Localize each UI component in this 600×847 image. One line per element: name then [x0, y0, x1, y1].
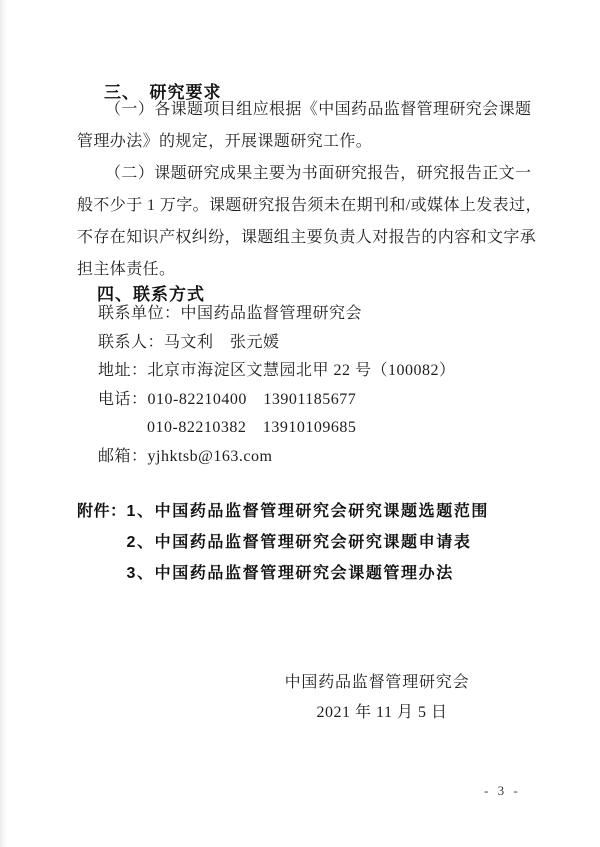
contact-phone-line-2: 010-82210382 13910109685 [98, 414, 528, 443]
body-line: 管理办法》的规定，开展课题研究工作。 [77, 126, 527, 158]
signature-organization: 中国药品监督管理研究会 [283, 668, 471, 698]
page-number: - 3 - [484, 783, 521, 799]
attachments-block: 附件： 1、中国药品监督管理研究会研究课题选题范围 2、中国药品监督管理研究会研… [77, 496, 527, 589]
body-line: （一）各课题项目组应根据《中国药品监督管理研究会课题 [77, 94, 527, 126]
body-line: 不存在知识产权纠纷，课题组主要负责人对报告的内容和文字承 [77, 222, 527, 254]
attachments-label: 附件： [77, 496, 127, 589]
body-line: 般不少于 1 万字。课题研究报告须未在期刊和/或媒体上发表过， [77, 190, 527, 222]
document-page: 三、 研究要求 （一）各课题项目组应根据《中国药品监督管理研究会课题 管理办法》… [0, 0, 600, 847]
contact-info-block: 联系单位：中国药品监督管理研究会 联系人：马文利 张元媛 地址：北京市海淀区文慧… [98, 300, 528, 471]
contact-phone-line-1: 电话：010-82210400 13901185677 [98, 386, 528, 415]
contact-org-line: 联系单位：中国药品监督管理研究会 [98, 300, 528, 329]
attachment-item: 1、中国药品监督管理研究会研究课题选题范围 [127, 496, 490, 527]
attachment-item: 3、中国药品监督管理研究会课题管理办法 [127, 558, 490, 589]
attachment-item: 2、中国药品监督管理研究会研究课题申请表 [127, 527, 490, 558]
paragraph-1: （一）各课题项目组应根据《中国药品监督管理研究会课题 管理办法》的规定，开展课题… [77, 94, 527, 158]
signature-date: 2021 年 11 月 5 日 [283, 698, 471, 728]
contact-email-line: 邮箱：yjhktsb@163.com [98, 443, 528, 472]
contact-person-line: 联系人：马文利 张元媛 [98, 329, 528, 358]
attachments-list: 1、中国药品监督管理研究会研究课题选题范围 2、中国药品监督管理研究会研究课题申… [127, 496, 490, 589]
body-line: （二）课题研究成果主要为书面研究报告，研究报告正文一 [77, 158, 527, 190]
paragraph-2: （二）课题研究成果主要为书面研究报告，研究报告正文一 般不少于 1 万字。课题研… [77, 158, 527, 286]
contact-address-line: 地址：北京市海淀区文慧园北甲 22 号（100082） [98, 357, 528, 386]
signature-block: 中国药品监督管理研究会 2021 年 11 月 5 日 [283, 668, 471, 728]
